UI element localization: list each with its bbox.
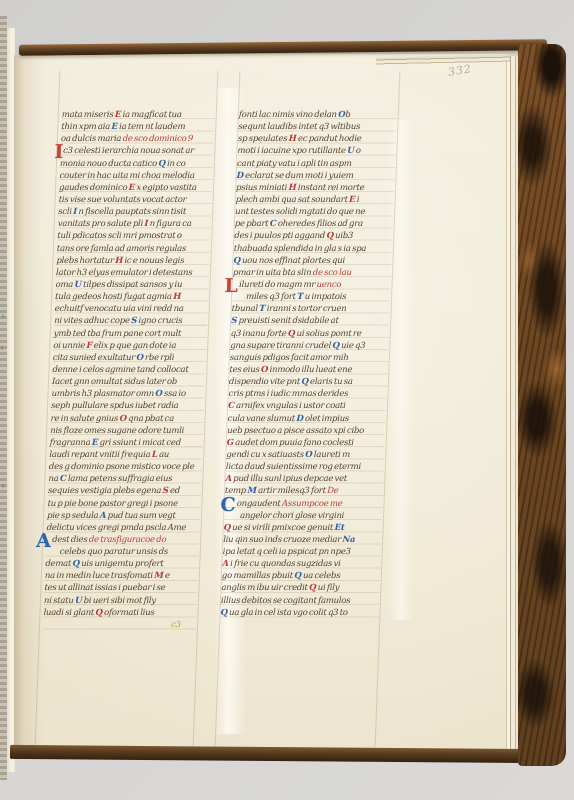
manuscript-text-line: oma U tilpes dissipat sansos y iu <box>55 279 208 291</box>
manuscript-text-line: Ic3 celesti ierarchia noua sonat ar <box>54 145 213 157</box>
text-segment: instant rei morte <box>296 183 364 193</box>
manuscript-text-line: tes ut allinat issias i puebar i se <box>44 582 197 594</box>
text-segment: demat <box>45 559 73 569</box>
manuscript-text-line: c3 <box>171 619 196 631</box>
text-segment: fonti lac nimis vino delan <box>239 110 339 120</box>
text-segment: uou nos effinat plortes qui <box>240 256 345 266</box>
manuscript-photo: 332 mata miseris E ia magficat tuathin x… <box>0 0 574 800</box>
text-segment: b <box>345 110 351 120</box>
text-segment: gendi cu x satiuasts <box>226 450 305 460</box>
text-segment: artir milesq3 fort <box>256 486 327 496</box>
text-segment: cula vane slumut <box>227 414 296 424</box>
text-column-left: mata miseris E ia magficat tuathin xpm a… <box>43 109 215 631</box>
manuscript-text-line: tis vise sue voluntats vocat actor <box>58 194 211 206</box>
manuscript-text-line: ni statu U bi ueri sibi mot fily <box>44 595 197 607</box>
text-segment: couter in hac uita mi choa melodia <box>59 171 194 181</box>
manuscript-text-line: vanitats pro salute pli I n figura ca <box>58 218 211 230</box>
manuscript-text-line: pie sp sedula A pud tua sum vegt <box>47 510 200 522</box>
text-segment: pud illu sunl ipius depcae vet <box>232 474 348 484</box>
manuscript-text-line: sequnt laudibs intet q3 wltibus <box>238 121 396 133</box>
rubric-text: De <box>327 486 339 496</box>
manuscript-text-line: tes eius O inmodo illu lueat ene <box>229 364 387 376</box>
text-segment: ni statu <box>44 596 75 606</box>
text-segment: celebs quo paratur unsis ds <box>60 547 169 557</box>
manuscript-text-line: des i puulos pti aggand Q uib3 <box>234 230 392 242</box>
text-segment: qna pbat ca <box>127 414 175 424</box>
manuscript-text-line: S preuisti senit dsidabile at <box>231 315 389 327</box>
text-segment: preuisti senit dsidabile at <box>237 316 339 326</box>
text-segment: delictu vices gregi pmda pscla Ame <box>46 523 186 533</box>
text-segment: laudi repant vnitii frequia <box>49 450 152 460</box>
manuscript-text-line: plech ambi qua sat soundart E i <box>235 194 393 206</box>
text-segment: gaudes dominico <box>59 183 129 193</box>
text-segment: seph pullulare spdus iubet radia <box>51 401 179 411</box>
text-segment: o <box>354 146 361 156</box>
manuscript-text-line: sp speulates H ec pandut hodie <box>238 133 396 145</box>
manuscript-text-line: sanguis pdigos facit amor mih <box>230 352 388 364</box>
manuscript-text-line: licta daud suientissime rog etermi <box>226 461 384 473</box>
text-segment: ui solius pomt re <box>295 329 362 339</box>
text-segment: H <box>173 292 181 302</box>
text-segment: go mamillas pbuit <box>222 571 295 581</box>
manuscript-text-line: oa dulcis maria de sco dominico 9 <box>61 133 214 145</box>
text-segment: ilureti do magm mr <box>237 280 316 290</box>
text-segment: c3 <box>171 620 181 630</box>
manuscript-text-line: scli I n fiscella pauptats sinn tisit <box>58 206 211 218</box>
text-segment: gri ssiunt i micat ced <box>98 438 181 448</box>
manuscript-text-line: D eclarat se dum moti i yuiem <box>236 170 394 182</box>
manuscript-text-line: pmar in uita bta slin de sco lau <box>233 267 391 279</box>
manuscript-text-line: seph pullulare spdus iubet radia <box>51 400 204 412</box>
text-segment: uie q3 <box>339 341 365 351</box>
manuscript-text-line: cant piaty vatu i apli tin aspm <box>237 158 395 170</box>
text-segment: ia magficat tua <box>121 110 182 120</box>
manuscript-text-line: miles q3 fort T u impatois <box>246 291 390 303</box>
manuscript-text-line: tuli pdicatos scli mri pmostrat o <box>57 230 210 242</box>
manuscript-text-line: couter in hac uita mi choa melodia <box>59 170 212 182</box>
text-block: mata miseris E ia magficat tuathin xpm a… <box>42 109 402 649</box>
manuscript-text-line: unt testes solidi mgtati do que ne <box>235 206 393 218</box>
rubric-text: de sco dominico 9 <box>122 134 193 144</box>
manuscript-text-line: ueb psectuo a pisce assato xpi cibo <box>227 425 385 437</box>
text-segment: i <box>355 195 359 205</box>
text-segment: olet impius <box>303 414 349 424</box>
text-segment: sanguis pdigos facit amor mih <box>230 353 349 363</box>
manuscript-text-line: thin xpm aia E ia tem nt laudem <box>61 121 214 133</box>
text-segment: i frie cu quondas sugzidas vi <box>228 559 340 569</box>
manuscript-text-line: A i frie cu quondas sugzidas vi <box>222 558 380 570</box>
text-segment: unt testes solidi mgtati do que ne <box>235 207 365 217</box>
rubric-text: Assumpcoe me <box>282 499 343 509</box>
text-segment: ueb psectuo a pisce assato xpi cibo <box>227 426 364 436</box>
text-segment: ua celebs <box>301 571 340 581</box>
manuscript-text-line: moti i iacuine xpo rutillante U o <box>237 145 395 157</box>
text-segment: ec pandut hodie <box>296 134 361 144</box>
text-segment: ymb ted tba frum pane cort mult <box>54 329 182 339</box>
manuscript-text-line: mata miseris E ia magficat tua <box>62 109 215 121</box>
text-segment: ongaudent <box>235 499 282 509</box>
rubric-text: de sco lau <box>313 268 352 278</box>
manuscript-text-line: laudi repant vnitii frequia L au <box>49 449 202 461</box>
text-segment: plebs hortatur <box>56 256 115 266</box>
text-segment: cris ptms i iudic mmas derides <box>228 389 348 399</box>
text-segment: liu qin suo inds cruoze mediar <box>223 535 343 545</box>
manuscript-text-line: umbris h3 plasmator omn O ssa io <box>51 388 204 400</box>
text-segment: igno crucis <box>137 316 183 326</box>
text-segment: ue si virili pmixcoe genuit <box>231 523 335 533</box>
text-segment: Na <box>342 535 355 545</box>
text-segment: oformati lius <box>102 608 154 618</box>
manuscript-text-line: monia nouo ducta catico Q in co <box>60 158 213 170</box>
manuscript-text-line: gendi cu x satiuasts O laureti m <box>226 449 384 461</box>
text-segment: ni vites adhuc cope <box>54 316 131 326</box>
text-segment: ua gla in cel ista vgo colit q3 to <box>228 608 348 618</box>
text-segment: des g dominio psone mistico voce ple <box>49 462 195 472</box>
text-segment: pie sp sedula <box>47 511 100 521</box>
manuscript-text-line: A pud illu sunl ipius depcae vet <box>225 473 383 485</box>
text-segment: gna supare tiranni crudel <box>230 341 333 351</box>
manuscript-text-line: tbunal T iranni s tortor cruen <box>231 303 389 315</box>
text-segment: na <box>48 474 60 484</box>
text-segment: e <box>163 571 170 581</box>
text-segment: tilpes dissipat sansos y iu <box>81 280 182 290</box>
manuscript-text-line: psius miniati H instant rei morte <box>236 182 394 194</box>
manuscript-text-line: demat Q uis unigemtu profert <box>45 558 198 570</box>
manuscript-text-line: sequies vestigia plebs egena S ed <box>48 485 201 497</box>
text-segment: cita sunied exultatur <box>53 353 137 363</box>
text-segment: rbe rpli <box>143 353 174 363</box>
text-segment: fragranna <box>50 438 92 448</box>
text-segment: ic e nouus legis <box>123 256 185 266</box>
manuscript-text-line: gna supare tiranni crudel Q uie q3 <box>230 340 388 352</box>
text-column-right: fonti lac nimis vino delan Obsequnt laud… <box>220 109 397 619</box>
manuscript-text-line: des g dominio psone mistico voce ple <box>49 461 202 473</box>
manuscript-text-line: illius debitos se cogitant famulos <box>221 595 379 607</box>
manuscript-text-line: A dest dies de trasfiguracoe do <box>36 534 199 546</box>
text-segment: anglis m ibu uir credit <box>221 583 309 593</box>
manuscript-text-line: dispendio vite pnt Q elaris tu sa <box>229 376 387 388</box>
facing-page-edge <box>0 16 7 780</box>
manuscript-text-line: nis floze omes sugane odore tumli <box>50 425 203 437</box>
text-segment: umbris h3 plasmator omn <box>51 389 155 399</box>
text-segment: pmar in uita bta slin <box>233 268 313 278</box>
text-segment: tis vise sue voluntats vocat actor <box>58 195 186 205</box>
text-segment: dest dies <box>51 535 90 545</box>
text-segment: pe pbart <box>235 219 270 229</box>
text-segment: tula gedeos hosti fugat agmia <box>55 292 173 302</box>
manuscript-text-line: Q ue si virili pmixcoe genuit Et <box>223 522 381 534</box>
manuscript-text-line: q3 inanu forte Q ui solius pomt re <box>231 328 389 340</box>
text-segment: echuitf venocatu uia vini redd na <box>54 304 183 314</box>
text-segment: dispendio vite pnt <box>229 377 302 387</box>
text-segment: luadi si glant <box>43 608 95 618</box>
text-segment: psius miniati <box>236 183 289 193</box>
text-segment: mata miseris <box>62 110 115 120</box>
text-segment: nis floze omes sugane odore tumli <box>50 426 184 436</box>
text-segment: u impatois <box>303 292 346 302</box>
manuscript-text-line: lator h3 elyas emulator i detestans <box>56 267 209 279</box>
manuscript-text-line: ymb ted tba frum pane cort mult <box>54 328 207 340</box>
manuscript-text-line: echuitf venocatu uia vini redd na <box>54 303 207 315</box>
text-segment: illius debitos se cogitant famulos <box>221 596 351 606</box>
text-segment: tans ore famla ad amoris regulas <box>57 244 187 254</box>
manuscript-text-line: pe pbart C oheredes filios ad gra <box>235 218 393 230</box>
manuscript-text-line: luadi si glant Q oformati lius <box>43 607 196 619</box>
manuscript-text-line: C ongaudent Assumpcoe me <box>220 498 382 510</box>
manuscript-text-line: anglis m ibu uir credit Q ui fily <box>221 582 379 594</box>
manuscript-text-line: tu p pie bone pastor gregi i psone <box>47 498 200 510</box>
manuscript-text-line: fragranna E gri ssiunt i micat ced <box>50 437 203 449</box>
manuscript-text-line: celebs quo paratur unsis ds <box>60 546 199 558</box>
text-segment: monia nouo ducta catico <box>60 159 159 169</box>
text-segment: x egipto vastita <box>135 183 197 193</box>
text-segment: ui fily <box>316 583 339 593</box>
manuscript-text-line: thabuada splendida in gla s ia spa <box>234 243 392 255</box>
manuscript-text-line: Q uou nos effinat plortes qui <box>233 255 391 267</box>
text-segment: elix p que gan dote ia <box>92 341 176 351</box>
manuscript-text-line: temp M artir milesq3 fort De <box>225 485 383 497</box>
text-segment: ipa letat q celi ia pspicat pn npe3 <box>223 547 351 557</box>
text-segment: ssa io <box>162 389 186 399</box>
text-segment: angelor chori glose virgini <box>240 511 344 521</box>
text-segment: scli <box>58 207 73 217</box>
text-segment: na in medin luce trasfomati <box>45 571 155 581</box>
text-segment: inmodo illu lueat ene <box>268 365 352 375</box>
manuscript-text-line: cris ptms i iudic mmas derides <box>228 388 386 400</box>
manuscript-text-line: oi unnie F elix p que gan dote ia <box>53 340 206 352</box>
text-segment: vanitats pro salute pli <box>58 219 145 229</box>
text-segment: ia tem nt laudem <box>117 122 185 132</box>
text-segment: iranni s tortor cruen <box>265 304 347 314</box>
manuscript-text-line: cita sunied exultatur O rbe rpli <box>53 352 206 364</box>
text-segment: n fiscella pauptats sinn tisit <box>77 207 186 217</box>
manuscript-text-line: plebs hortatur H ic e nouus legis <box>56 255 209 267</box>
text-segment: oma <box>55 280 74 290</box>
manuscript-text-line: cula vane slumut D olet impius <box>227 413 385 425</box>
text-segment: elaris tu sa <box>308 377 353 387</box>
rubric-text: de trasfiguracoe do <box>89 535 167 545</box>
text-segment: in co <box>165 159 185 169</box>
illuminated-initial: I <box>54 148 63 156</box>
text-segment: n figura ca <box>148 219 192 229</box>
manuscript-text-line: Iacet gnn omultat sidus later ob <box>52 376 205 388</box>
text-segment: tbunal <box>231 304 259 314</box>
text-segment: c3 celesti ierarchia noua sonat ar <box>63 146 194 156</box>
text-segment: pud tua sum vegt <box>106 511 176 521</box>
text-segment: licta daud suientissime rog etermi <box>226 462 361 472</box>
text-segment: miles q3 fort <box>246 292 297 302</box>
manuscript-text-line: fonti lac nimis vino delan Ob <box>239 109 397 121</box>
rubric-text: uenco <box>316 280 341 290</box>
illuminated-initial: A <box>36 537 51 545</box>
text-segment: sequnt laudibs intet q3 wltibus <box>238 122 360 132</box>
text-segment: bi ueri sibi mot fily <box>82 596 156 606</box>
text-segment: re in salute gnius <box>50 414 119 424</box>
text-segment: laureti m <box>312 450 350 460</box>
text-segment: sequies vestigia plebs egena <box>48 486 163 496</box>
manuscript-text-line: na in medin luce trasfomati M e <box>45 570 198 582</box>
illuminated-initial: L <box>224 282 237 290</box>
text-segment: audet dom puuia fano coclesti <box>234 438 354 448</box>
text-segment: M <box>154 571 164 581</box>
text-segment: Iacet gnn omultat sidus later ob <box>52 377 177 387</box>
text-segment: eclarat se dum moti i yuiem <box>243 171 353 181</box>
manuscript-text-line: L ilureti do magm mr uenco <box>224 279 390 291</box>
manuscript-text-line: tans ore famla ad amoris regulas <box>57 243 210 255</box>
text-segment: plech ambi qua sat soundart <box>235 195 349 205</box>
text-segment: denne i celos agmine tand collocat <box>52 365 188 375</box>
text-segment: tes eius <box>229 365 261 375</box>
leather-binding-right <box>518 44 566 766</box>
text-segment: au <box>157 450 169 460</box>
text-segment: tes ut allinat issias i puebar i se <box>44 583 165 593</box>
manuscript-text-line: liu qin suo inds cruoze mediar Na <box>223 534 381 546</box>
manuscript-text-line: ipa letat q celi ia pspicat pn npe3 <box>223 546 381 558</box>
text-segment: tu p pie bone pastor gregi i psone <box>47 499 178 509</box>
text-segment: ed <box>168 486 180 496</box>
text-segment: cant piaty vatu i apli tin aspm <box>237 159 352 169</box>
text-segment: thabuada splendida in gla s ia spa <box>234 244 367 254</box>
manuscript-text-line: C arnifex vngulas i ustor coati <box>228 400 386 412</box>
manuscript-text-line: G audet dom puuia fano coclesti <box>227 437 385 449</box>
manuscript-text-line: Q ua gla in cel ista vgo colit q3 to <box>220 607 378 619</box>
text-segment: thin xpm aia <box>61 122 111 132</box>
text-segment: q3 inanu forte <box>231 329 289 339</box>
text-segment: des i puulos pti aggand <box>234 231 327 241</box>
manuscript-text-line: ni vites adhuc cope S igno crucis <box>54 315 207 327</box>
text-segment: oi unnie <box>53 341 87 351</box>
text-segment: lama petens suffragia eius <box>66 474 172 484</box>
text-segment: tuli pdicatos scli mri pmostrat o <box>57 231 182 241</box>
text-segment: moti i iacuine xpo rutillante <box>237 146 347 156</box>
text-segment: sp speulates <box>238 134 289 144</box>
text-segment: uis unigemtu profert <box>80 559 164 569</box>
board-edge-bottom <box>10 745 542 763</box>
manuscript-text-line: na C lama petens suffragia eius <box>48 473 201 485</box>
manuscript-text-line: tula gedeos hosti fugat agmia H <box>55 291 208 303</box>
manuscript-text-line: gaudes dominico E x egipto vastita <box>59 182 212 194</box>
manuscript-text-line: denne i celos agmine tand collocat <box>52 364 205 376</box>
text-segment: oheredes filios ad gra <box>276 219 363 229</box>
text-segment: oa dulcis maria <box>61 134 123 144</box>
text-segment: uib3 <box>333 231 353 241</box>
manuscript-text-line: delictu vices gregi pmda pscla Ame <box>46 522 199 534</box>
text-segment: lator h3 elyas emulator i detestans <box>56 268 193 278</box>
text-segment: M <box>247 486 257 496</box>
illuminated-initial: C <box>220 501 235 509</box>
text-segment: arnifex vngulas i ustor coati <box>234 401 345 411</box>
text-segment: Et <box>334 523 344 533</box>
manuscript-text-line: go mamillas pbuit Q ua celebs <box>222 570 380 582</box>
manuscript-text-line: angelor chori glose virgini <box>240 510 382 522</box>
manuscript-text-line: re in salute gnius O qna pbat ca <box>50 413 203 425</box>
